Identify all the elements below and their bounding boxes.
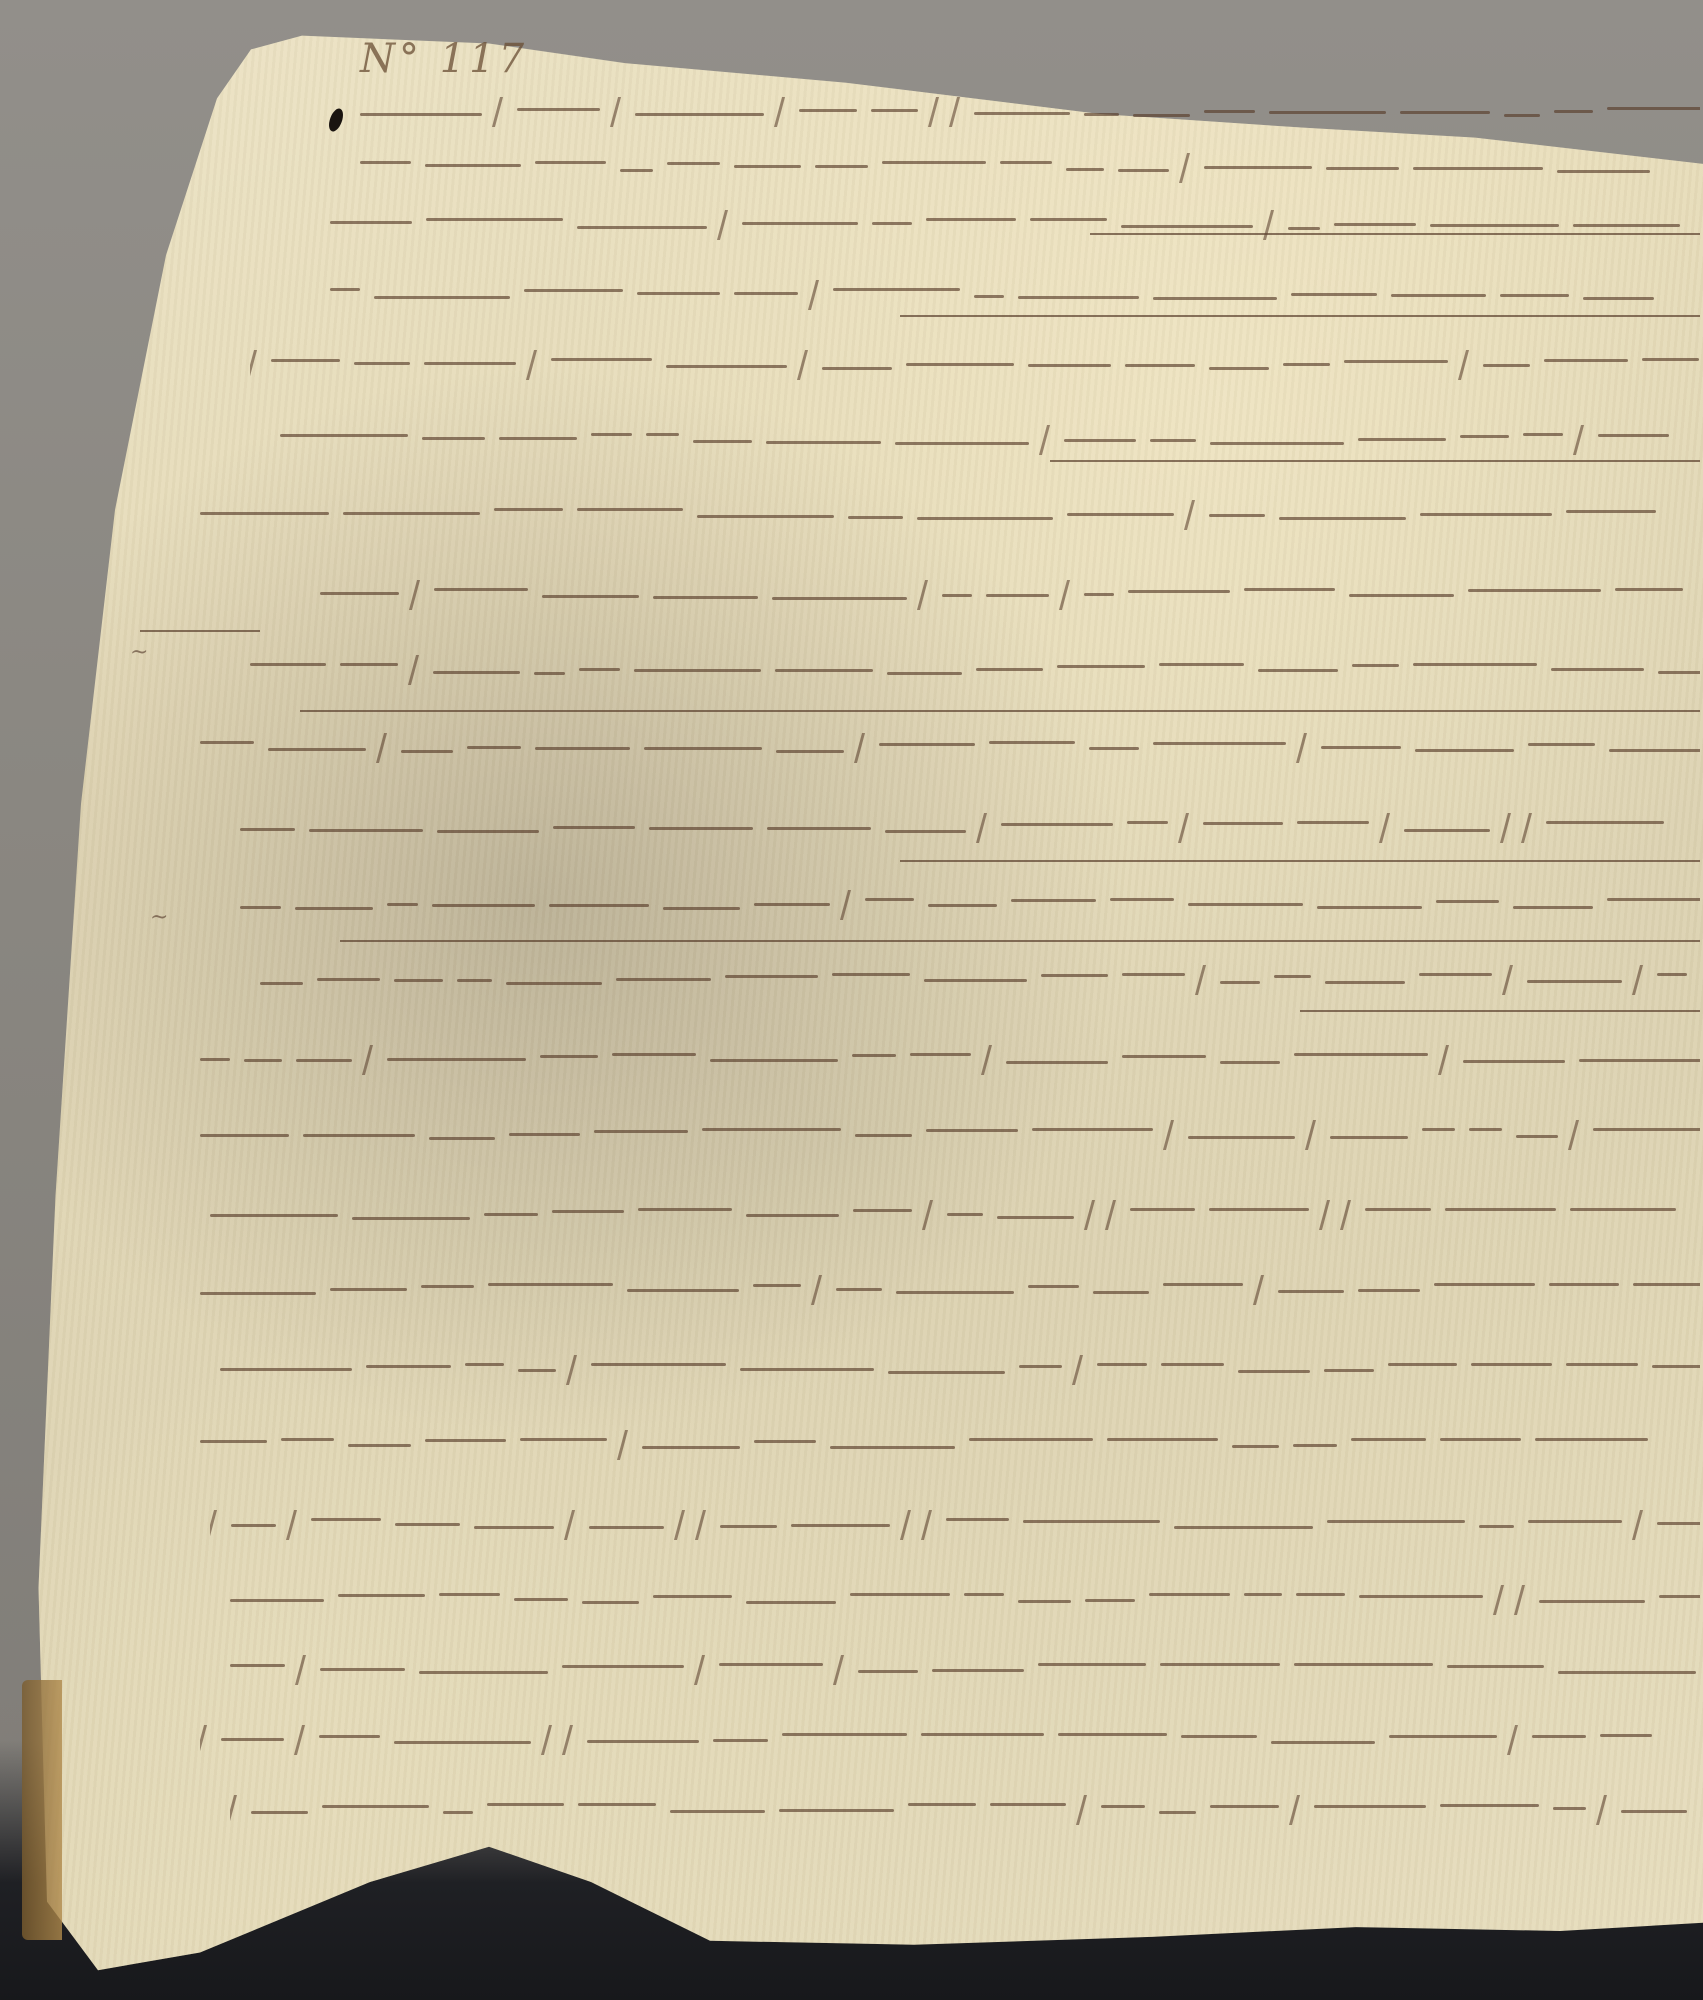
- manuscript-text-block: ~~: [0, 0, 1703, 2000]
- margin-note: ~: [130, 640, 148, 665]
- manuscript-line: [250, 345, 1700, 385]
- manuscript-line: [230, 1790, 1700, 1830]
- manuscript-line: [240, 885, 1700, 925]
- manuscript-line: [200, 1115, 1700, 1155]
- manuscript-line: [220, 1350, 1700, 1390]
- manuscript-line: [330, 205, 1700, 245]
- manuscript-line: [240, 808, 1700, 848]
- manuscript-line: [360, 148, 1700, 188]
- manuscript-line: [260, 960, 1700, 1000]
- ink-underline: [1050, 460, 1700, 462]
- manuscript-line: [330, 275, 1700, 315]
- ink-underline: [340, 940, 1700, 942]
- ink-underline: [1300, 1010, 1700, 1012]
- manuscript-line: [200, 1040, 1700, 1080]
- manuscript-line: [230, 1650, 1700, 1690]
- ink-underline: [1090, 233, 1700, 235]
- manuscript-line: [230, 1580, 1700, 1620]
- margin-note: ~: [150, 905, 168, 930]
- ink-underline: [140, 630, 260, 632]
- manuscript-line: [210, 1195, 1700, 1235]
- manuscript-line: [210, 1505, 1700, 1545]
- manuscript-line: [250, 650, 1700, 690]
- ink-underline: [900, 860, 1700, 862]
- ink-underline: [300, 710, 1700, 712]
- manuscript-line: [200, 1425, 1700, 1465]
- manuscript-line: [280, 420, 1700, 460]
- manuscript-line: [360, 92, 1700, 132]
- manuscript-line: [200, 728, 1700, 768]
- manuscript-line: [320, 575, 1700, 615]
- manuscript-line: [200, 1720, 1700, 1760]
- manuscript-line: [200, 1270, 1700, 1310]
- manuscript-line: [200, 495, 1700, 535]
- ink-underline: [900, 315, 1700, 317]
